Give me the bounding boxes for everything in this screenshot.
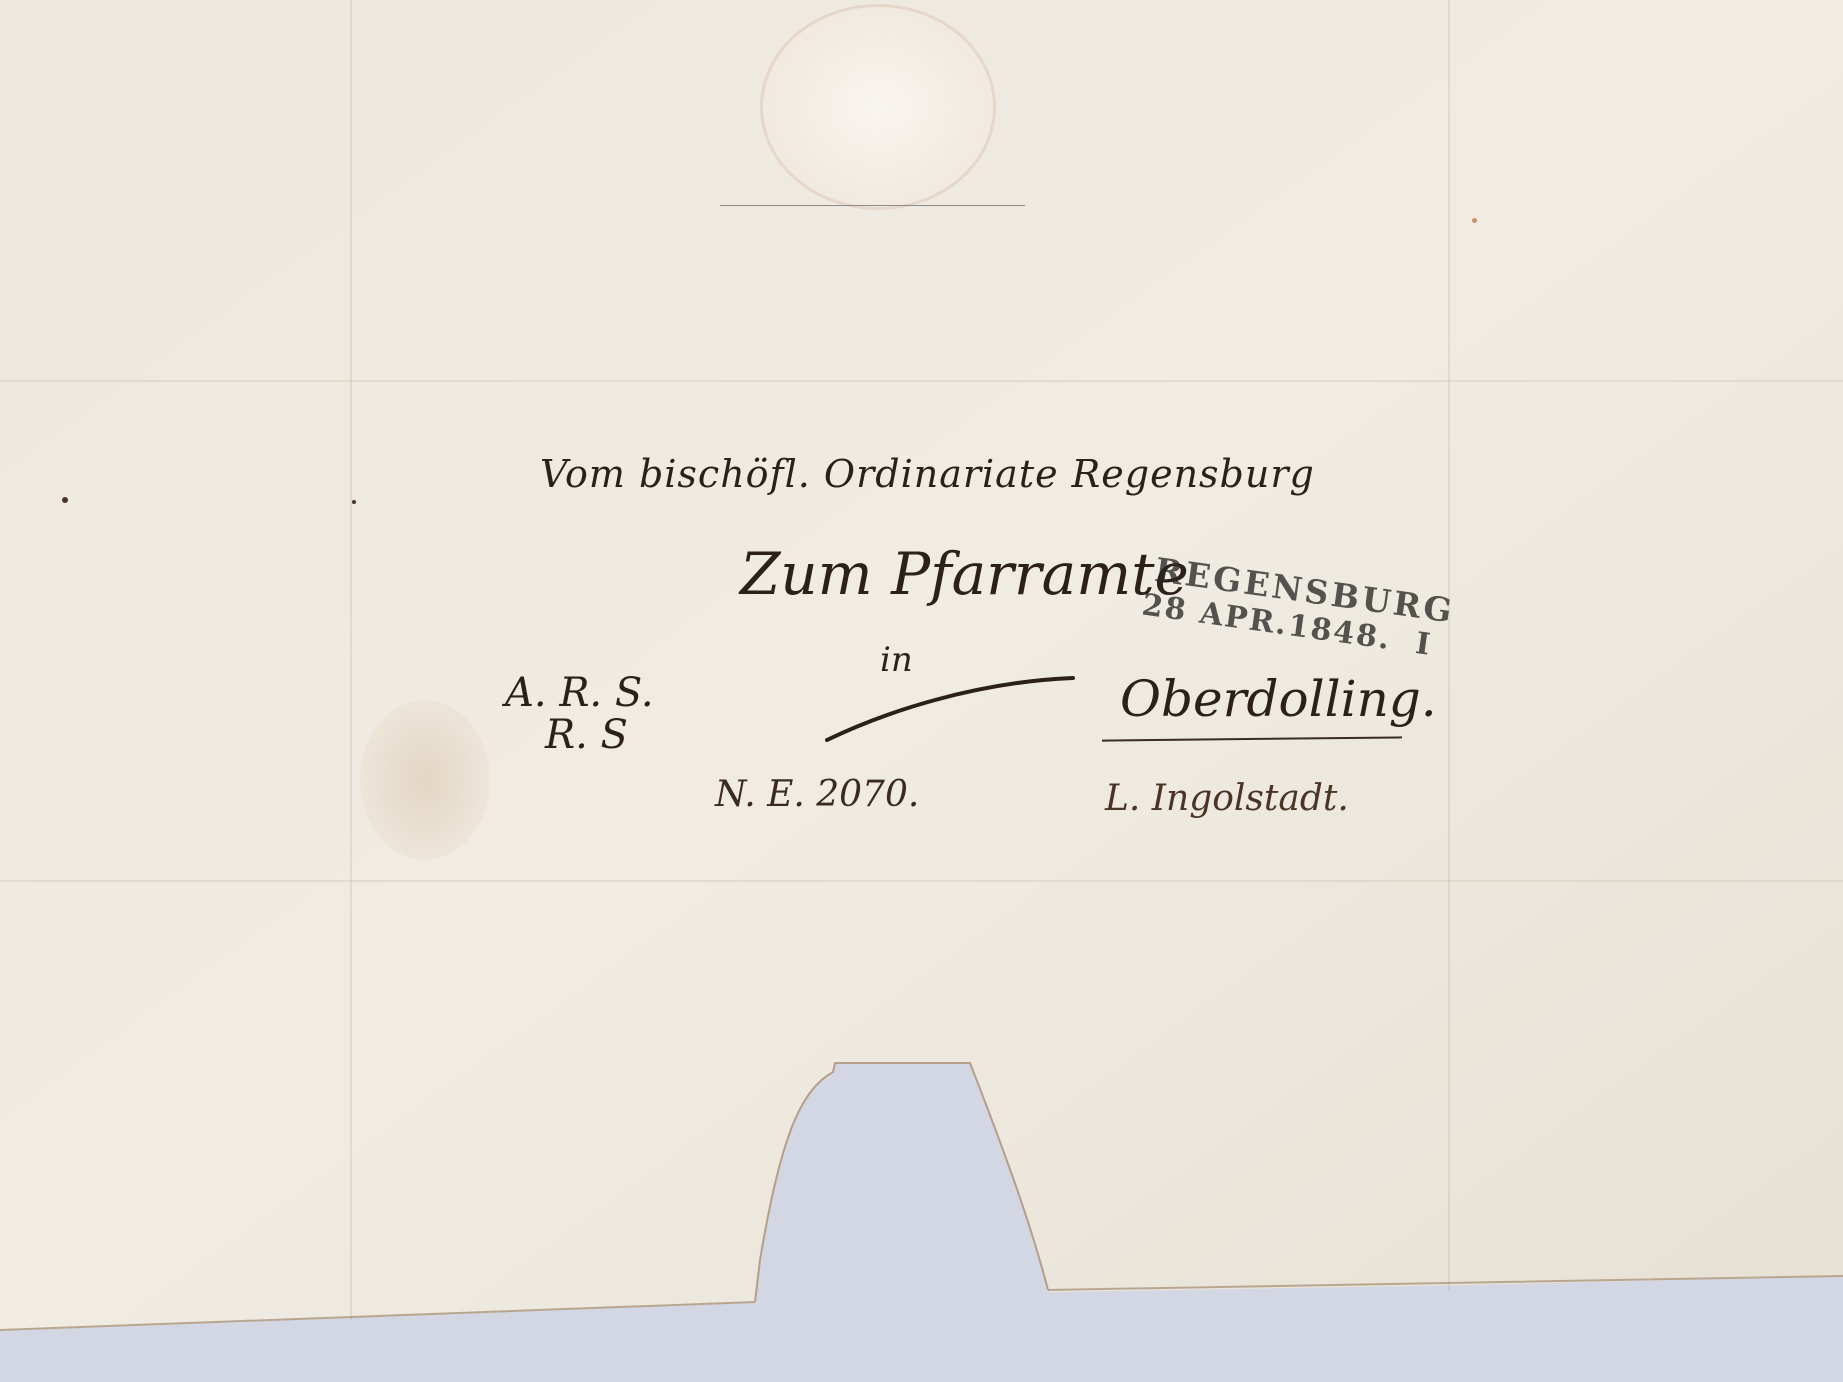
ink-speck: [352, 500, 356, 504]
fold-line: [350, 0, 352, 1320]
ink-speck: [1472, 218, 1477, 223]
foxing-stain: [360, 700, 490, 860]
pen-flourish: [825, 672, 1075, 742]
ink-speck: [62, 497, 68, 503]
fold-line: [0, 880, 1843, 882]
document-photo: Vom bischöfl. Ordinariate Regensburg Zum…: [0, 0, 1843, 1382]
reference-number: N. E. 2070.: [715, 774, 919, 815]
fold-line: [0, 380, 1843, 382]
left-annotation-line1: A. R. S.: [505, 670, 654, 716]
region-note: L. Ingolstadt.: [1105, 778, 1349, 819]
postmark-mark: I: [1413, 626, 1434, 663]
seal-rule-line: [720, 205, 1025, 206]
left-annotation-line2: R. S: [545, 712, 628, 758]
sender-line: Vom bischöfl. Ordinariate Regensburg: [540, 452, 1315, 496]
embossed-seal: [760, 4, 996, 210]
recipient-line: Zum Pfarramte: [740, 540, 1189, 608]
destination-town: Oberdolling.: [1120, 670, 1437, 728]
